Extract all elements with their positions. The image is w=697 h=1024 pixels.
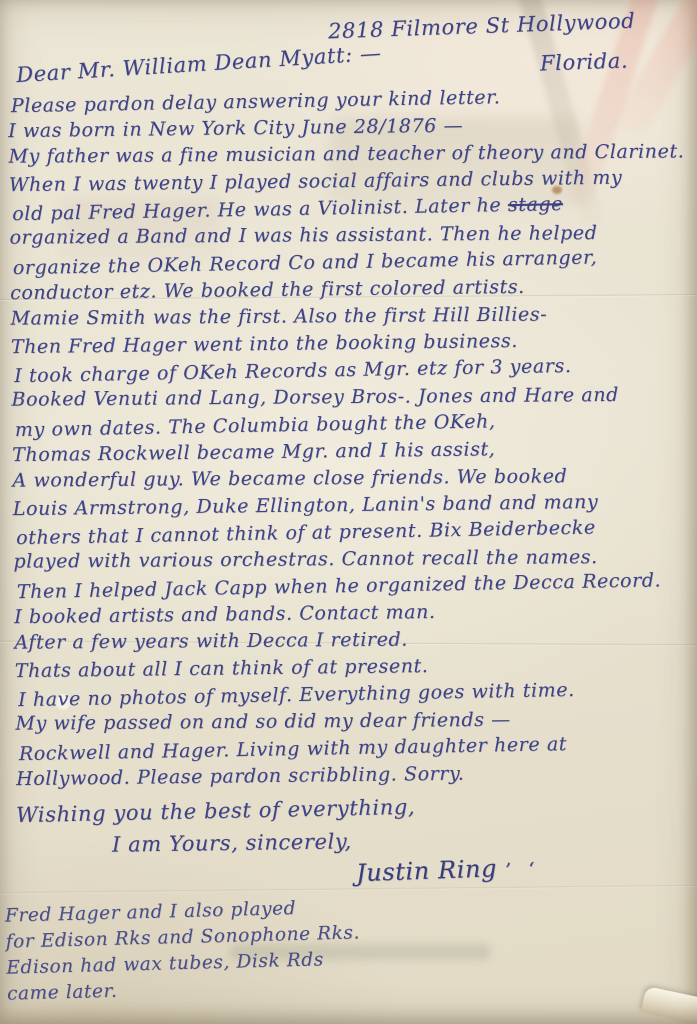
closing-line-2: I am Yours, sincerely, <box>112 829 352 856</box>
struck-out-word: stage <box>508 193 564 216</box>
signature: Justin Ring ’ ‘ <box>356 853 541 887</box>
paper-corner-fold <box>641 986 697 1024</box>
signature-name: Justin Ring <box>356 854 498 887</box>
letter-scan: 2818 Filmore St Hollywood Florida. Dear … <box>0 0 697 1024</box>
address-line-2: Florida. <box>540 48 629 75</box>
closing-line-1: Wishing you the best of everything, <box>16 795 416 827</box>
postscript: Fred Hager and I also played for Edison … <box>5 894 362 1007</box>
letter-line: After a few years with Decca I retired. <box>14 624 692 656</box>
letter-line: My father was a fine musician and teache… <box>8 138 686 170</box>
address-line-1: 2818 Filmore St Hollywood <box>328 9 636 44</box>
signature-flourish: ’ ‘ <box>505 859 541 881</box>
paper-crease <box>0 884 697 894</box>
salutation: Dear Mr. William Dean Myatt: — <box>16 41 383 87</box>
letter-line: Mamie Smith was the first. Also the firs… <box>10 300 688 332</box>
letter-body: Please pardon delay answering your kind … <box>8 83 695 793</box>
letter-line: A wonderful guy. We became close friends… <box>12 462 690 494</box>
